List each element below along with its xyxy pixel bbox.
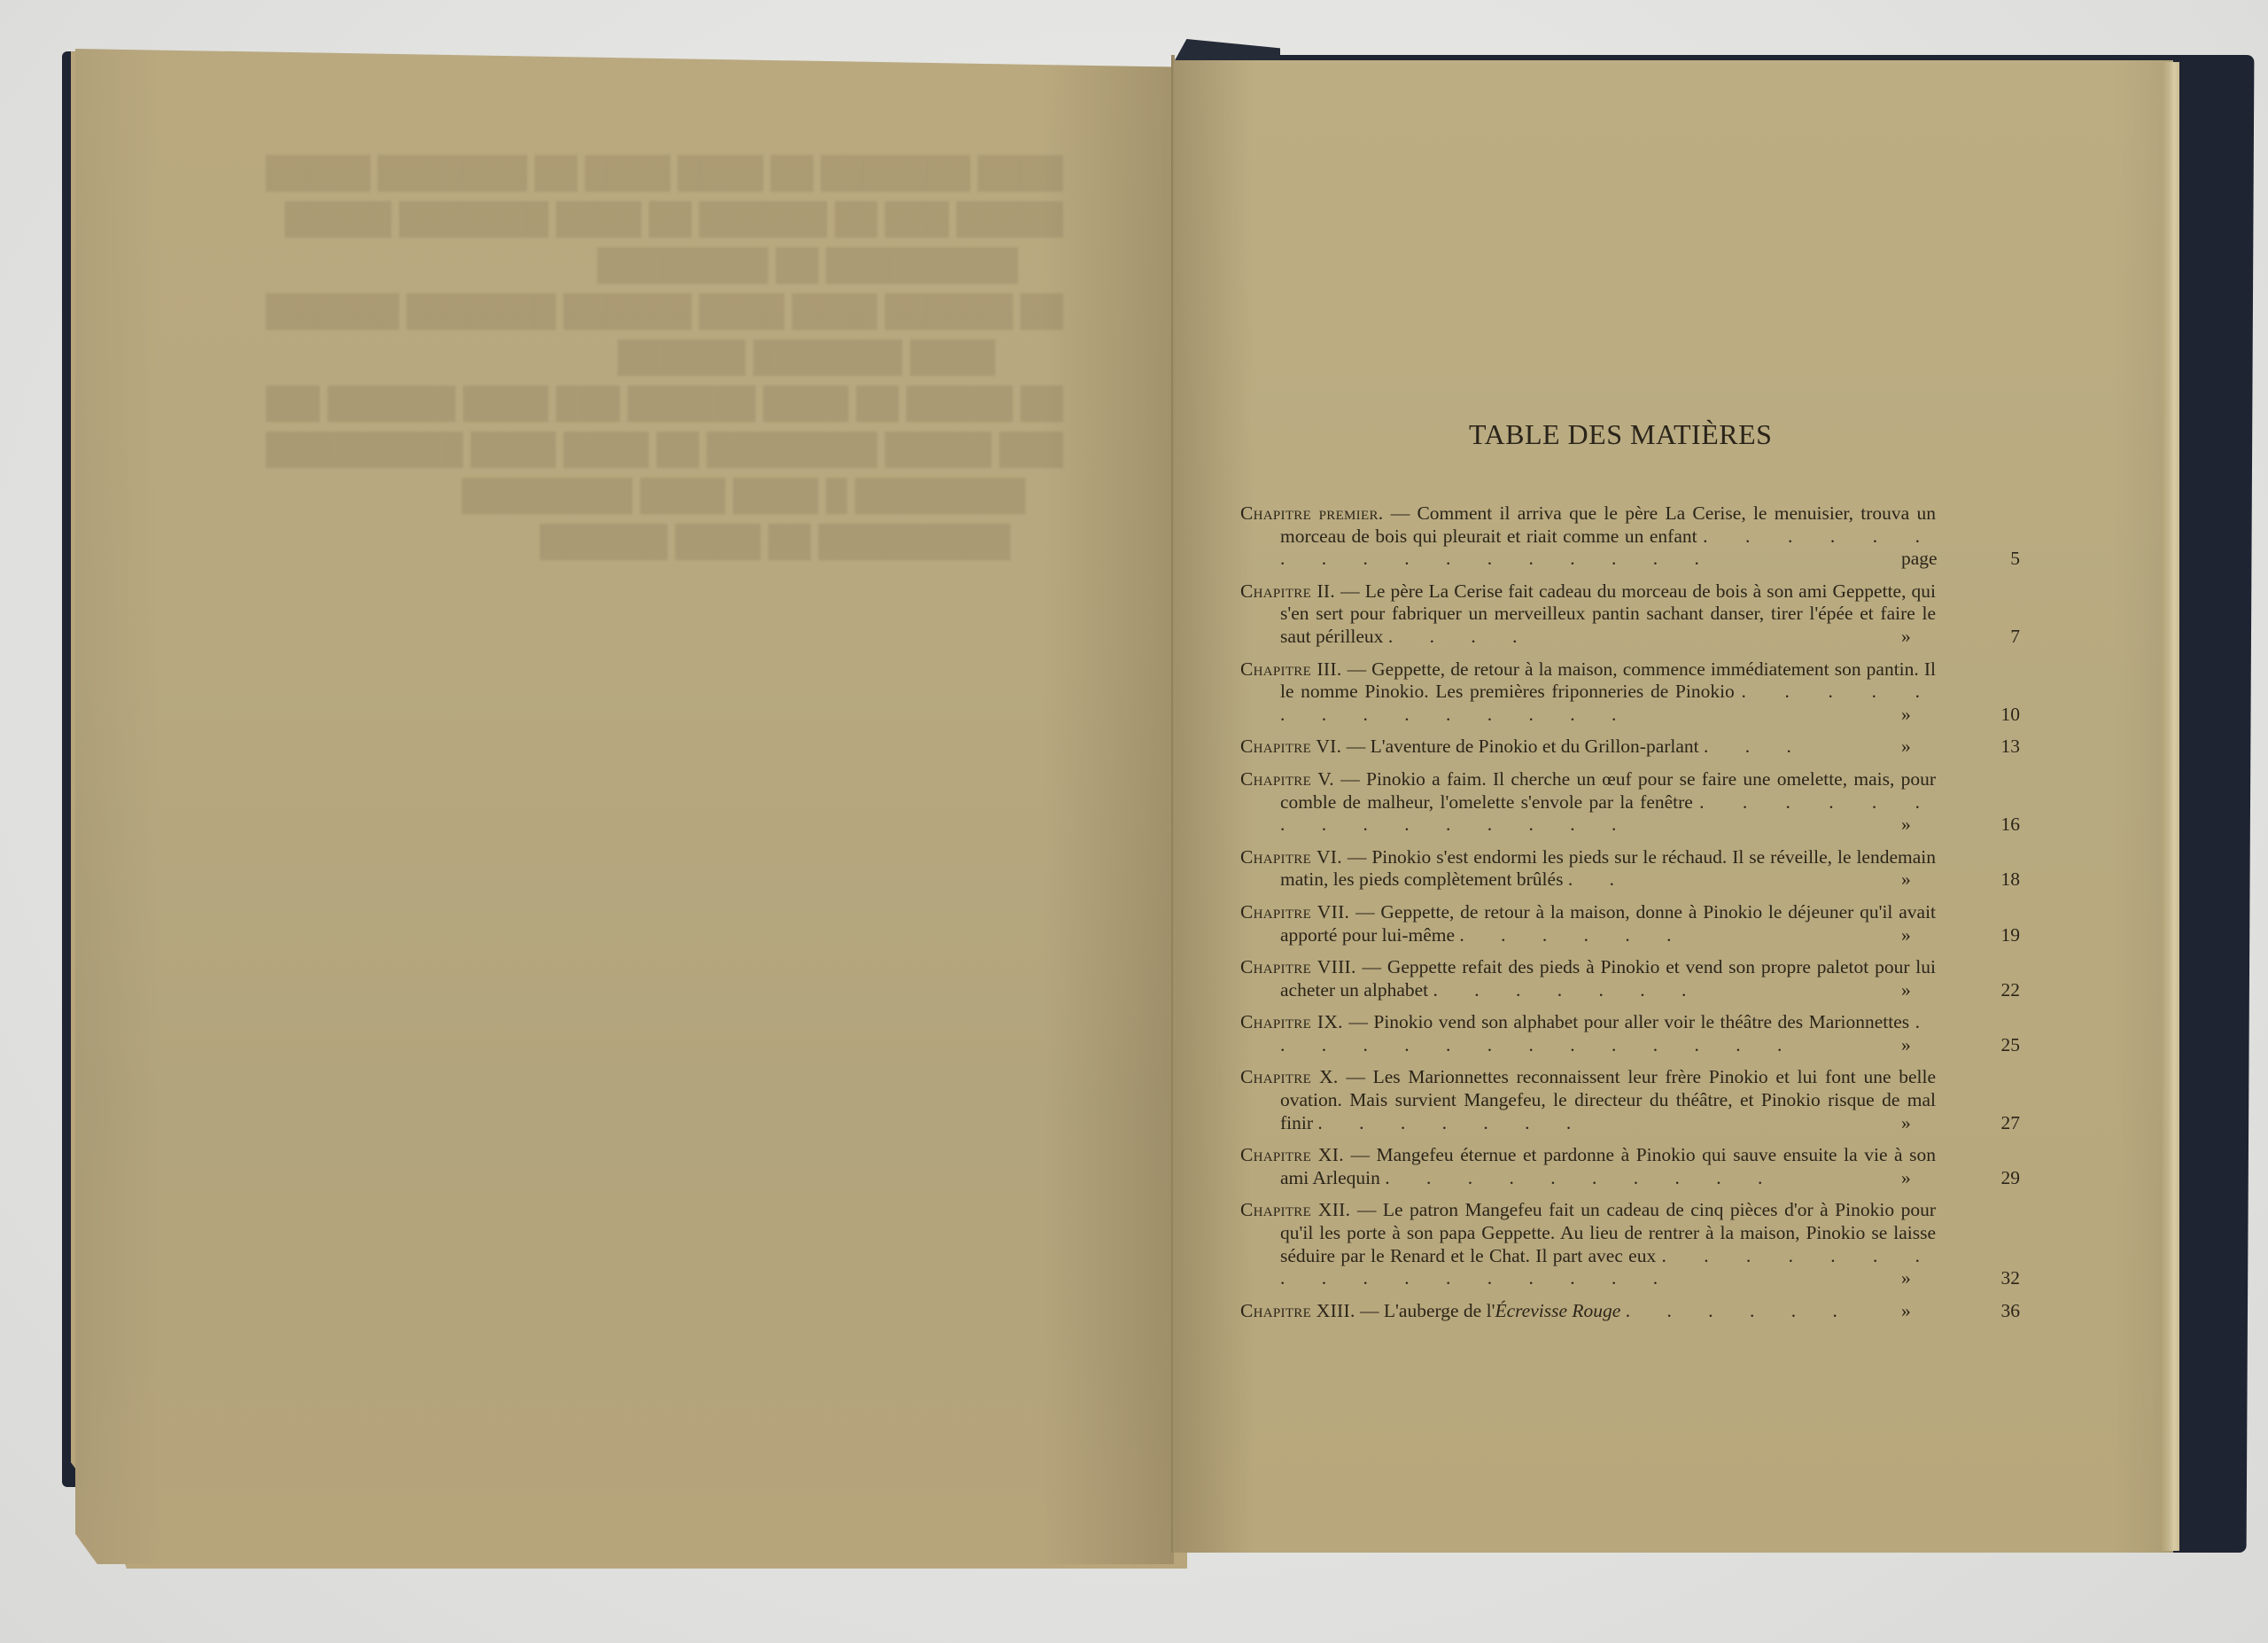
page-marker: » — [1896, 626, 1963, 649]
toc-entry: Chapitre XII. — Le patron Mangefeu fait … — [1240, 1199, 2020, 1289]
toc-entry-text: Chapitre VI. — Pinokio s'est endormi les… — [1240, 846, 1936, 892]
page-reference: » 32 — [1896, 1267, 2020, 1290]
page-reference: » 25 — [1896, 1034, 2020, 1057]
toc-entry: Chapitre VIII. — Geppette refait des pie… — [1240, 956, 2020, 1001]
page-reference: » 13 — [1896, 736, 2020, 759]
toc-entry: Chapitre VII. — Geppette, de retour à la… — [1240, 901, 2020, 946]
dot-leader: . . . . . . . — [1317, 1112, 1587, 1133]
page-number: 29 — [1984, 1167, 2020, 1190]
toc-entry: Chapitre XI. — Mangefeu éternue et pardo… — [1240, 1144, 2020, 1189]
page-number: 16 — [1984, 814, 2020, 837]
chapter-label: Chapitre premier. — [1240, 502, 1383, 524]
toc-entry-text: Chapitre II. — Le père La Cerise fait ca… — [1240, 580, 1936, 649]
page-number: 19 — [1984, 924, 2020, 947]
toc-entry: Chapitre III. — Geppette, de retour à la… — [1240, 658, 2020, 727]
toc-entry: Chapitre VI. — L'aventure de Pinokio et … — [1240, 736, 2020, 759]
toc-entry: Chapitre X. — Les Marionnettes reconnais… — [1240, 1066, 2020, 1134]
chapter-label: Chapitre VI. — [1240, 736, 1341, 757]
page-number: 27 — [1984, 1112, 2020, 1135]
toc-entry-text: Chapitre VIII. — Geppette refait des pie… — [1240, 956, 1936, 1001]
page-number: 36 — [1984, 1300, 2020, 1323]
dot-leader: . . . . . . — [1626, 1300, 1853, 1321]
right-page-edge-sheets — [2162, 62, 2179, 1551]
chapter-label: Chapitre X. — [1240, 1066, 1339, 1087]
page-number: 13 — [1984, 736, 2020, 759]
toc-entry-text: Chapitre XII. — Le patron Mangefeu fait … — [1240, 1199, 1936, 1289]
chapter-label: Chapitre VII. — [1240, 901, 1349, 923]
page-reference: » 16 — [1896, 814, 2020, 837]
chapter-label: Chapitre III. — [1240, 658, 1342, 680]
toc-entry-text: Chapitre VII. — Geppette, de retour à la… — [1240, 901, 1936, 946]
chapter-summary: — L'auberge de l' — [1360, 1300, 1495, 1321]
dot-leader: . . . . . . . . . . — [1385, 1167, 1778, 1188]
chapter-label: Chapitre VI. — [1240, 846, 1342, 868]
page-marker: » — [1896, 979, 1963, 1002]
toc-entry-text: Chapitre XIII. — L'auberge de l'Écreviss… — [1240, 1300, 1936, 1323]
dot-leader: . . . — [1704, 736, 1807, 757]
toc-title: TABLE DES MATIÈRES — [1469, 418, 1772, 451]
chapter-label: Chapitre XII. — [1240, 1199, 1350, 1220]
page-marker: » — [1896, 1267, 1963, 1290]
page-reference: » 10 — [1896, 704, 2020, 727]
page-marker: page — [1896, 548, 1963, 571]
chapter-label: Chapitre XIII. — [1240, 1300, 1355, 1321]
toc-entry-text: Chapitre VI. — L'aventure de Pinokio et … — [1240, 736, 1936, 759]
toc-entry: Chapitre II. — Le père La Cerise fait ca… — [1240, 580, 2020, 649]
toc-entry: Chapitre V. — Pinokio a faim. Il cherche… — [1240, 768, 2020, 837]
toc-entry-text: Chapitre IX. — Pinokio vend son alphabet… — [1240, 1011, 1936, 1056]
page-marker: » — [1896, 1167, 1963, 1190]
toc-entry-text: Chapitre premier. — Comment il arriva qu… — [1240, 502, 1936, 571]
page-marker: » — [1896, 736, 1963, 759]
page-reference: » 29 — [1896, 1167, 2020, 1190]
dot-leader: . . . . — [1388, 626, 1534, 647]
page-reference: page 5 — [1896, 548, 2020, 571]
toc-entry-text: Chapitre V. — Pinokio a faim. Il cherche… — [1240, 768, 1936, 837]
toc-entry: Chapitre premier. — Comment il arriva qu… — [1240, 502, 2020, 571]
dot-leader: . . . . . . — [1459, 924, 1687, 946]
chapter-label: Chapitre IX. — [1240, 1011, 1343, 1032]
page-reference: » 18 — [1896, 868, 2020, 892]
page-number: 32 — [1984, 1267, 2020, 1290]
chapter-summary-italic: Écrevisse Rouge — [1495, 1300, 1620, 1321]
chapter-summary: — Le père La Cerise fait cadeau du morce… — [1280, 580, 1936, 647]
page-number: 25 — [1984, 1034, 2020, 1057]
page-marker: » — [1896, 1300, 1963, 1323]
page-marker: » — [1896, 868, 1963, 892]
toc-entry: Chapitre IX. — Pinokio vend son alphabet… — [1240, 1011, 2020, 1056]
page-marker: » — [1896, 924, 1963, 947]
book-gutter — [1171, 55, 1175, 1553]
page-reference: » 22 — [1896, 979, 2020, 1002]
page-number: 5 — [1984, 548, 2020, 571]
dot-leader: . . — [1568, 868, 1630, 890]
chapter-label: Chapitre XI. — [1240, 1144, 1344, 1165]
page-reference: » 27 — [1896, 1112, 2020, 1135]
page-reference: » 7 — [1896, 626, 2020, 649]
toc-entry-text: Chapitre XI. — Mangefeu éternue et pardo… — [1240, 1144, 1936, 1189]
chapter-label: Chapitre V. — [1240, 768, 1334, 790]
left-page-bleed-through-text: ████ ███████ ██ ████ ████ ██ ███████ ███… — [266, 151, 1063, 565]
page-number: 22 — [1984, 979, 2020, 1002]
toc-entry: Chapitre VI. — Pinokio s'est endormi les… — [1240, 846, 2020, 892]
toc-entry: Chapitre XIII. — L'auberge de l'Écreviss… — [1240, 1300, 2020, 1323]
chapter-label: Chapitre VIII. — [1240, 956, 1356, 977]
page-marker: » — [1896, 704, 1963, 727]
page-number: 7 — [1984, 626, 2020, 649]
dot-leader: . . . . . . . — [1433, 979, 1703, 1001]
page-marker: » — [1896, 814, 1963, 837]
page-number: 10 — [1984, 704, 2020, 727]
table-of-contents: Chapitre premier. — Comment il arriva qu… — [1240, 502, 2020, 1332]
page-reference: » 19 — [1896, 924, 2020, 947]
chapter-summary: — Pinokio vend son alphabet pour aller v… — [1348, 1011, 1909, 1032]
toc-entry-text: Chapitre III. — Geppette, de retour à la… — [1240, 658, 1936, 727]
chapter-label: Chapitre II. — [1240, 580, 1335, 602]
chapter-summary: — L'aventure de Pinokio et du Grillon-pa… — [1347, 736, 1699, 757]
page-reference: » 36 — [1896, 1300, 2020, 1323]
page-marker: » — [1896, 1112, 1963, 1135]
page-marker: » — [1896, 1034, 1963, 1057]
page-number: 18 — [1984, 868, 2020, 892]
toc-entry-text: Chapitre X. — Les Marionnettes reconnais… — [1240, 1066, 1936, 1134]
